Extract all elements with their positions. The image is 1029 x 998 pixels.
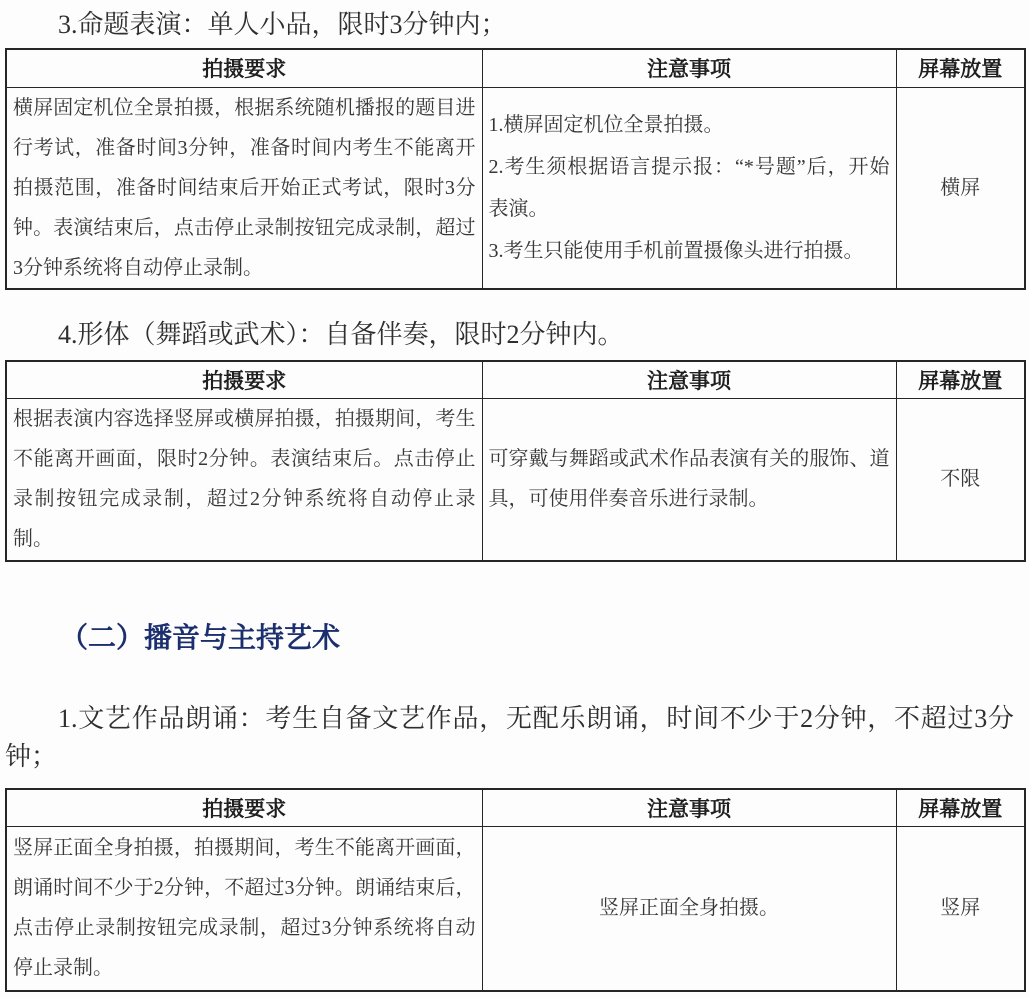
table1-note-line-1: 1.横屏固定机位全景拍摄。 <box>489 104 890 146</box>
table1-body-row: 横屏固定机位全景拍摄，根据系统随机播报的题目进行考试，准备时间3分钟，准备时间内… <box>6 87 1025 289</box>
table3-header-screen-placement: 屏幕放置 <box>896 789 1025 827</box>
exam-table-literary-recitation: 拍摄要求 注意事项 屏幕放置 竖屏正面全身拍摄，拍摄期间，考生不能离开画面，朗诵… <box>5 788 1026 992</box>
table1-header-row: 拍摄要求 注意事项 屏幕放置 <box>6 49 1025 87</box>
table1-note-line-3: 3.考生只能使用手机前置摄像头进行拍摄。 <box>489 230 890 272</box>
table1-notes-cell: 1.横屏固定机位全景拍摄。 2.考生须根据语言提示报：“*号题”后，开始表演。 … <box>482 87 896 289</box>
table1-header-notes: 注意事项 <box>482 49 896 87</box>
table3-body-row: 竖屏正面全身拍摄，拍摄期间，考生不能离开画面，朗诵时间不少于2分钟，不超过3分钟… <box>6 827 1025 991</box>
table2-header-notes: 注意事项 <box>482 361 896 399</box>
table1-screen-placement-cell: 横屏 <box>896 87 1025 289</box>
table2-header-row: 拍摄要求 注意事项 屏幕放置 <box>6 361 1025 399</box>
table1-header-shooting-requirements: 拍摄要求 <box>6 49 482 87</box>
table3-header-notes: 注意事项 <box>482 789 896 827</box>
table1-header-screen-placement: 屏幕放置 <box>896 49 1025 87</box>
table3-screen-placement-cell: 竖屏 <box>896 827 1025 991</box>
exam-table-physical-performance: 拍摄要求 注意事项 屏幕放置 根据表演内容选择竖屏或横屏拍摄，拍摄期间，考生不能… <box>5 360 1026 562</box>
item-heading-1-recitation: 1.文艺作品朗诵：考生自备文艺作品，无配乐朗诵，时间不少于2分钟，不超过3分钟； <box>5 700 1014 776</box>
table3-notes-cell: 竖屏正面全身拍摄。 <box>482 827 896 991</box>
section-heading-broadcasting: （二）播音与主持艺术 <box>5 620 1014 658</box>
table2-notes-cell: 可穿戴与舞蹈或武术作品表演有关的服饰、道具，可使用伴奏音乐进行录制。 <box>482 399 896 561</box>
table2-body-row: 根据表演内容选择竖屏或横屏拍摄，拍摄期间，考生不能离开画面，限时2分钟。表演结束… <box>6 399 1025 561</box>
table2-header-shooting-requirements: 拍摄要求 <box>6 361 482 399</box>
item-heading-4: 4.形体（舞蹈或武术）：自备伴奏，限时2分钟内。 <box>5 318 1014 352</box>
table2-note-line-1: 可穿戴与舞蹈或武术作品表演有关的服饰、道具，可使用伴奏音乐进行录制。 <box>489 439 890 519</box>
table2-screen-placement-cell: 不限 <box>896 399 1025 561</box>
table2-header-screen-placement: 屏幕放置 <box>896 361 1025 399</box>
exam-table-proposition-performance: 拍摄要求 注意事项 屏幕放置 横屏固定机位全景拍摄，根据系统随机播报的题目进行考… <box>5 48 1026 290</box>
table3-requirements-cell: 竖屏正面全身拍摄，拍摄期间，考生不能离开画面，朗诵时间不少于2分钟，不超过3分钟… <box>6 827 482 991</box>
document-page: 3.命题表演：单人小品，限时3分钟内； 拍摄要求 注意事项 屏幕放置 横屏固定机… <box>0 0 1019 998</box>
table1-note-line-2: 2.考生须根据语言提示报：“*号题”后，开始表演。 <box>489 146 890 230</box>
table3-header-row: 拍摄要求 注意事项 屏幕放置 <box>6 789 1025 827</box>
table1-requirements-cell: 横屏固定机位全景拍摄，根据系统随机播报的题目进行考试，准备时间3分钟，准备时间内… <box>6 87 482 289</box>
table3-header-shooting-requirements: 拍摄要求 <box>6 789 482 827</box>
item-heading-3: 3.命题表演：单人小品，限时3分钟内； <box>5 8 1014 42</box>
table2-requirements-cell: 根据表演内容选择竖屏或横屏拍摄，拍摄期间，考生不能离开画面，限时2分钟。表演结束… <box>6 399 482 561</box>
table3-note-line-1: 竖屏正面全身拍摄。 <box>489 887 890 929</box>
